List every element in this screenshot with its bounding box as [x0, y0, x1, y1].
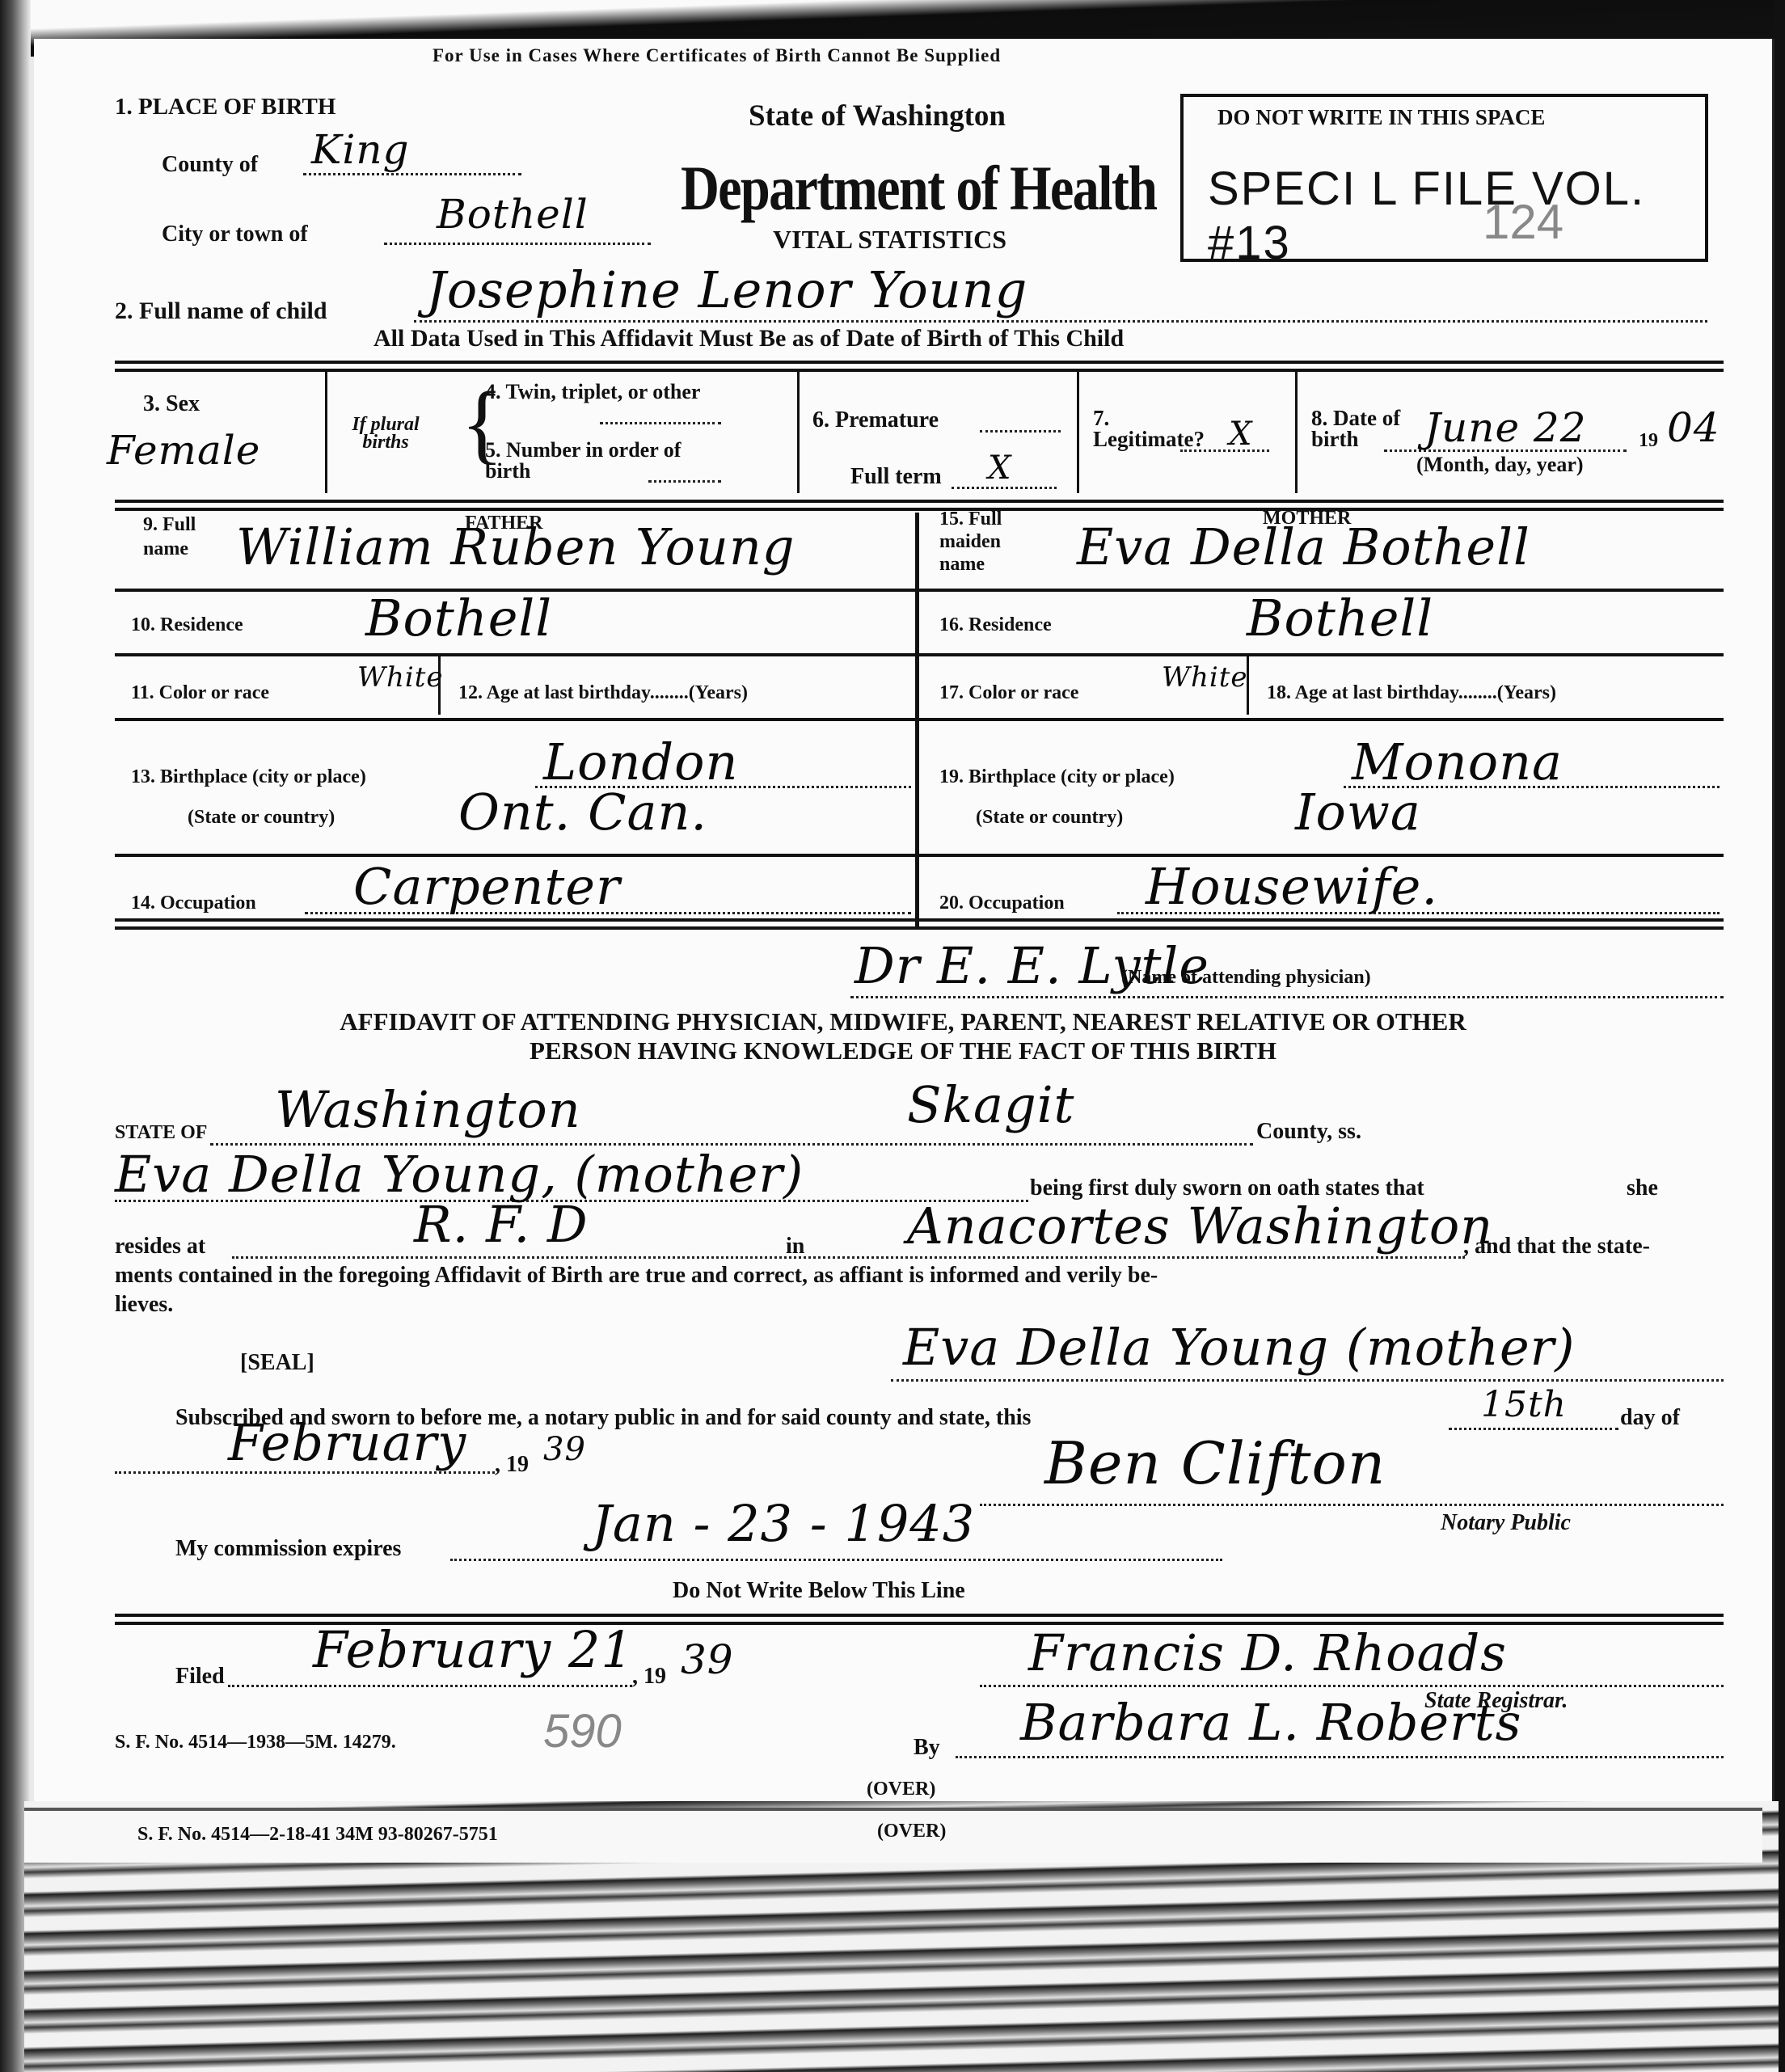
data-date-note: All Data Used in This Affidavit Must Be … — [373, 325, 1124, 352]
dob-hint: (Month, day, year) — [1416, 453, 1584, 477]
father-residence-label: 10. Residence — [131, 614, 243, 636]
filed-label: Filed — [175, 1664, 225, 1690]
year-prefix: , 19 — [495, 1452, 529, 1478]
office-pencil-number-2: 590 — [543, 1704, 622, 1758]
father-birthplace-label: 13. Birthplace (city or place) — [131, 766, 366, 788]
mother-state-value[interactable]: Iowa — [1295, 783, 1421, 842]
year-value[interactable]: 39 — [543, 1431, 586, 1468]
mother-name-label: 15. Full maiden name — [939, 508, 1044, 576]
office-pencil-number: 124 — [1483, 194, 1563, 250]
affidavit-state-label: STATE OF — [115, 1122, 207, 1144]
resides-in-value[interactable]: Anacortes Washington — [907, 1196, 1493, 1255]
underlying-form-strip: S. F. No. 4514—2-18-41 34M 93-80267-5751… — [24, 1808, 1762, 1863]
affidavit-county-value[interactable]: Skagit — [907, 1075, 1074, 1134]
special-file-stamp: SPECI L FILE VOL. #13 — [1208, 162, 1705, 270]
mother-state-label: (State or country) — [976, 807, 1123, 829]
over-label: (OVER) — [867, 1779, 935, 1800]
day-of-label: day of — [1620, 1405, 1680, 1431]
resides-label: resides at — [115, 1234, 205, 1260]
affidavit-heading-2: PERSON HAVING KNOWLEDGE OF THE FACT OF T… — [34, 1036, 1772, 1066]
father-age-label: 12. Age at last birthday — [458, 682, 650, 703]
affiant-signature[interactable]: Eva Della Young (mother) — [903, 1318, 1575, 1377]
affiant-pronoun[interactable]: she — [1627, 1175, 1658, 1201]
mother-occupation-label: 20. Occupation — [939, 893, 1065, 914]
underlying-over-label: (OVER) — [877, 1821, 946, 1842]
office-box-label: DO NOT WRITE IN THIS SPACE — [1217, 105, 1545, 130]
filed-year-prefix: , 19 — [632, 1664, 666, 1690]
legitimate-value[interactable]: X — [1229, 416, 1252, 453]
filed-value[interactable]: February 21 — [313, 1620, 634, 1679]
father-name-value[interactable]: William Ruben Young — [236, 517, 795, 576]
mother-residence-label: 16. Residence — [939, 614, 1052, 636]
seal-label: [SEAL] — [240, 1350, 314, 1376]
legitimate-label: 7. Legitimate? — [1093, 407, 1206, 449]
by-signature[interactable]: Barbara L. Roberts — [1020, 1693, 1521, 1752]
notary-signature[interactable]: Ben Clifton — [1044, 1429, 1386, 1497]
division-title: VITAL STATISTICS — [773, 225, 1006, 255]
dob-year-prefix: 19 — [1639, 430, 1658, 452]
mother-name-value[interactable]: Eva Della Bothell — [1077, 517, 1530, 576]
dob-year-value[interactable]: 04 — [1667, 404, 1720, 451]
father-state-value[interactable]: Ont. Can. — [458, 783, 707, 842]
county-field: County of King — [162, 152, 525, 178]
sex-label: 3. Sex — [143, 391, 200, 417]
month-value[interactable]: February — [228, 1413, 466, 1472]
father-race-label: 11. Color or race — [131, 682, 269, 704]
mother-age-unit: (Years) — [1497, 682, 1556, 703]
fullterm-label: Full term — [850, 464, 942, 490]
father-race-value[interactable]: White — [357, 661, 444, 694]
city-field: City or town of Bothell — [162, 222, 687, 247]
affidavit-county-label: County, ss. — [1256, 1119, 1361, 1145]
header-note: For Use in Cases Where Certificates of B… — [433, 45, 1001, 66]
notary-label: Notary Public — [1441, 1510, 1571, 1536]
father-occupation-value[interactable]: Carpenter — [353, 857, 621, 916]
scan-right-edge — [1774, 0, 1785, 2072]
section-divider — [115, 361, 1724, 372]
father-residence-value[interactable]: Bothell — [365, 589, 552, 648]
child-name-field: 2. Full name of child Josephine Lenor Yo… — [115, 298, 1715, 325]
child-name-value[interactable]: Josephine Lenor Young — [426, 260, 1028, 319]
section-divider — [115, 500, 1724, 511]
affidavit-heading-1: AFFIDAVIT OF ATTENDING PHYSICIAN, MIDWIF… — [34, 1007, 1772, 1036]
department-title: Department of Health — [681, 152, 1156, 225]
city-label: City or town of — [162, 222, 308, 247]
office-use-box: DO NOT WRITE IN THIS SPACE SPECI L FILE … — [1180, 94, 1708, 262]
in-label: in — [786, 1234, 804, 1260]
day-value[interactable]: 15th — [1481, 1384, 1567, 1425]
dob-value[interactable]: June 22 — [1424, 404, 1587, 451]
filed-year-value[interactable]: 39 — [681, 1636, 734, 1683]
sex-value[interactable]: Female — [107, 427, 260, 474]
form-number: S. F. No. 4514—1938—5M. 14279. — [115, 1732, 396, 1753]
resides-value[interactable]: R. F. D — [414, 1195, 589, 1254]
mother-residence-value[interactable]: Bothell — [1247, 589, 1433, 648]
county-value[interactable]: King — [311, 126, 410, 173]
mother-occupation-value[interactable]: Housewife. — [1146, 857, 1438, 916]
commission-value[interactable]: Jan - 23 - 1943 — [592, 1494, 975, 1553]
do-not-write-below-label: Do Not Write Below This Line — [673, 1578, 965, 1604]
affidavit-state-value[interactable]: Washington — [275, 1080, 581, 1139]
mother-age-label: 18. Age at last birthday — [1267, 682, 1458, 703]
order-label: 5. Number in order of birth — [485, 440, 728, 482]
by-label: By — [914, 1735, 940, 1761]
father-state-label: (State or country) — [188, 807, 335, 829]
affidavit-of-birth-form: For Use in Cases Where Certificates of B… — [34, 39, 1774, 1801]
mother-birthplace-label: 19. Birthplace (city or place) — [939, 766, 1175, 788]
city-value[interactable]: Bothell — [437, 191, 589, 238]
commission-label: My commission expires — [175, 1536, 401, 1562]
scan-left-edge — [0, 0, 31, 2072]
section-divider — [115, 918, 1724, 930]
father-name-label: 9. Full name — [143, 513, 200, 561]
mother-race-label: 17. Color or race — [939, 682, 1078, 704]
dob-label: 8. Date of birth — [1311, 407, 1408, 449]
premature-label: 6. Premature — [812, 407, 939, 433]
physician-label: (Name of attending physician) — [1121, 967, 1371, 989]
state-title: State of Washington — [749, 99, 1006, 133]
father-age-unit: (Years) — [689, 682, 748, 703]
statement-tail: , and that the state- — [1463, 1234, 1650, 1260]
twin-label: 4. Twin, triplet, or other — [485, 382, 744, 403]
statement-line-3: lieves. — [115, 1292, 173, 1318]
registrar-signature[interactable]: Francis D. Rhoads — [1028, 1623, 1507, 1682]
father-age-field: 12. Age at last birthday........(Years) — [458, 682, 748, 704]
fullterm-value[interactable]: X — [988, 449, 1011, 487]
plural-births-label: If plural births — [341, 416, 430, 451]
underlying-form-number: S. F. No. 4514—2-18-41 34M 93-80267-5751 — [137, 1824, 498, 1846]
mother-age-field: 18. Age at last birthday........(Years) — [1267, 682, 1556, 704]
child-name-label: 2. Full name of child — [115, 298, 327, 324]
statement-line-2: ments contained in the foregoing Affidav… — [115, 1263, 1158, 1289]
place-of-birth-heading: 1. PLACE OF BIRTH — [115, 94, 335, 120]
father-occupation-label: 14. Occupation — [131, 893, 256, 914]
county-label: County of — [162, 152, 258, 177]
mother-race-value[interactable]: White — [1162, 661, 1248, 694]
